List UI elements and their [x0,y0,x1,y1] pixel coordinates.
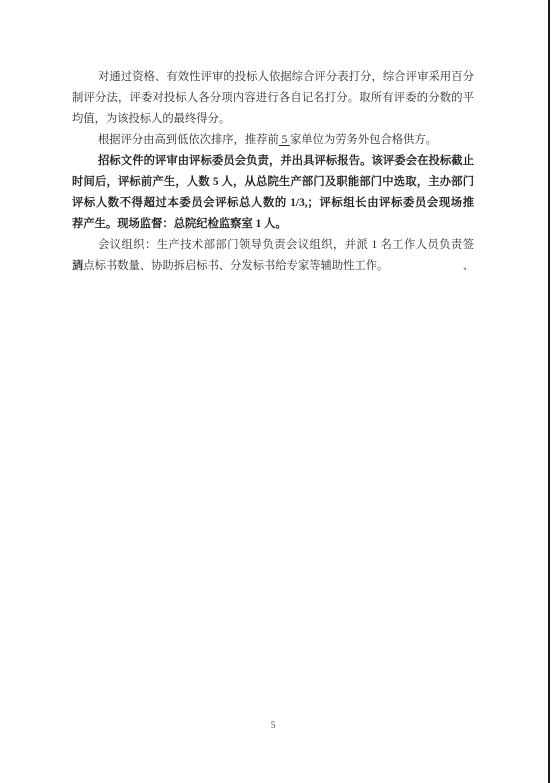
scan-edge-line [548,0,550,783]
text-line: 评标人数不得超过本委员会评标总人数的 1/3,；评标组长由评标委员会现场推 [72,193,474,214]
page-number: 5 [72,719,474,731]
ranking-text-before-blank: 根据评分由高到低依次排序，推荐前 [98,134,279,146]
text-line: 均值，为该投标人的最终得分。 [72,109,474,130]
paragraph-ranking-rule: 根据评分由高到低依次排序，推荐前 5 家单位为劳务外包合格供方。 [72,130,474,151]
paragraph-scoring-method: 对通过资格、有效性评审的投标人依据综合评分表打分，综合评审采用百分 制评分法，评… [72,67,474,130]
text-line: 招标文件的评审由评标委员会负责，并出具评标报告。该评委会在投标截止 [72,151,474,172]
document-text-block: 对通过资格、有效性评审的投标人依据综合评分表打分，综合评审采用百分 制评分法，评… [72,67,474,277]
text-line: 荐产生。现场监督：总院纪检监察室 1 人。 [72,214,474,235]
blank-fill-value: 5 [279,134,290,146]
text-line: 对通过资格、有效性评审的投标人依据综合评分表打分，综合评审采用百分 [72,67,474,88]
text-line: 时间后，评标前产生，人数 5 人，从总院生产部门及职能部门中选取，主办部门 [72,172,474,193]
document-page: 对通过资格、有效性评审的投标人依据综合评分表打分，综合评审采用百分 制评分法，评… [0,0,554,783]
paragraph-meeting-organization: 会议组织：生产技术部部门领导负责会议组织，并派 1 名工作人员负责签到、 清点标… [72,235,474,277]
paragraph-evaluation-committee: 招标文件的评审由评标委员会负责，并出具评标报告。该评委会在投标截止 时间后，评标… [72,151,474,235]
text-line: 会议组织：生产技术部部门领导负责会议组织，并派 1 名工作人员负责签到、 [72,235,474,256]
ranking-text-after-blank: 家单位为劳务外包合格供方。 [290,134,437,146]
text-line: 根据评分由高到低依次排序，推荐前 5 家单位为劳务外包合格供方。 [72,130,474,151]
text-line: 制评分法，评委对投标人各分项内容进行各自记名打分。取所有评委的分数的平 [72,88,474,109]
